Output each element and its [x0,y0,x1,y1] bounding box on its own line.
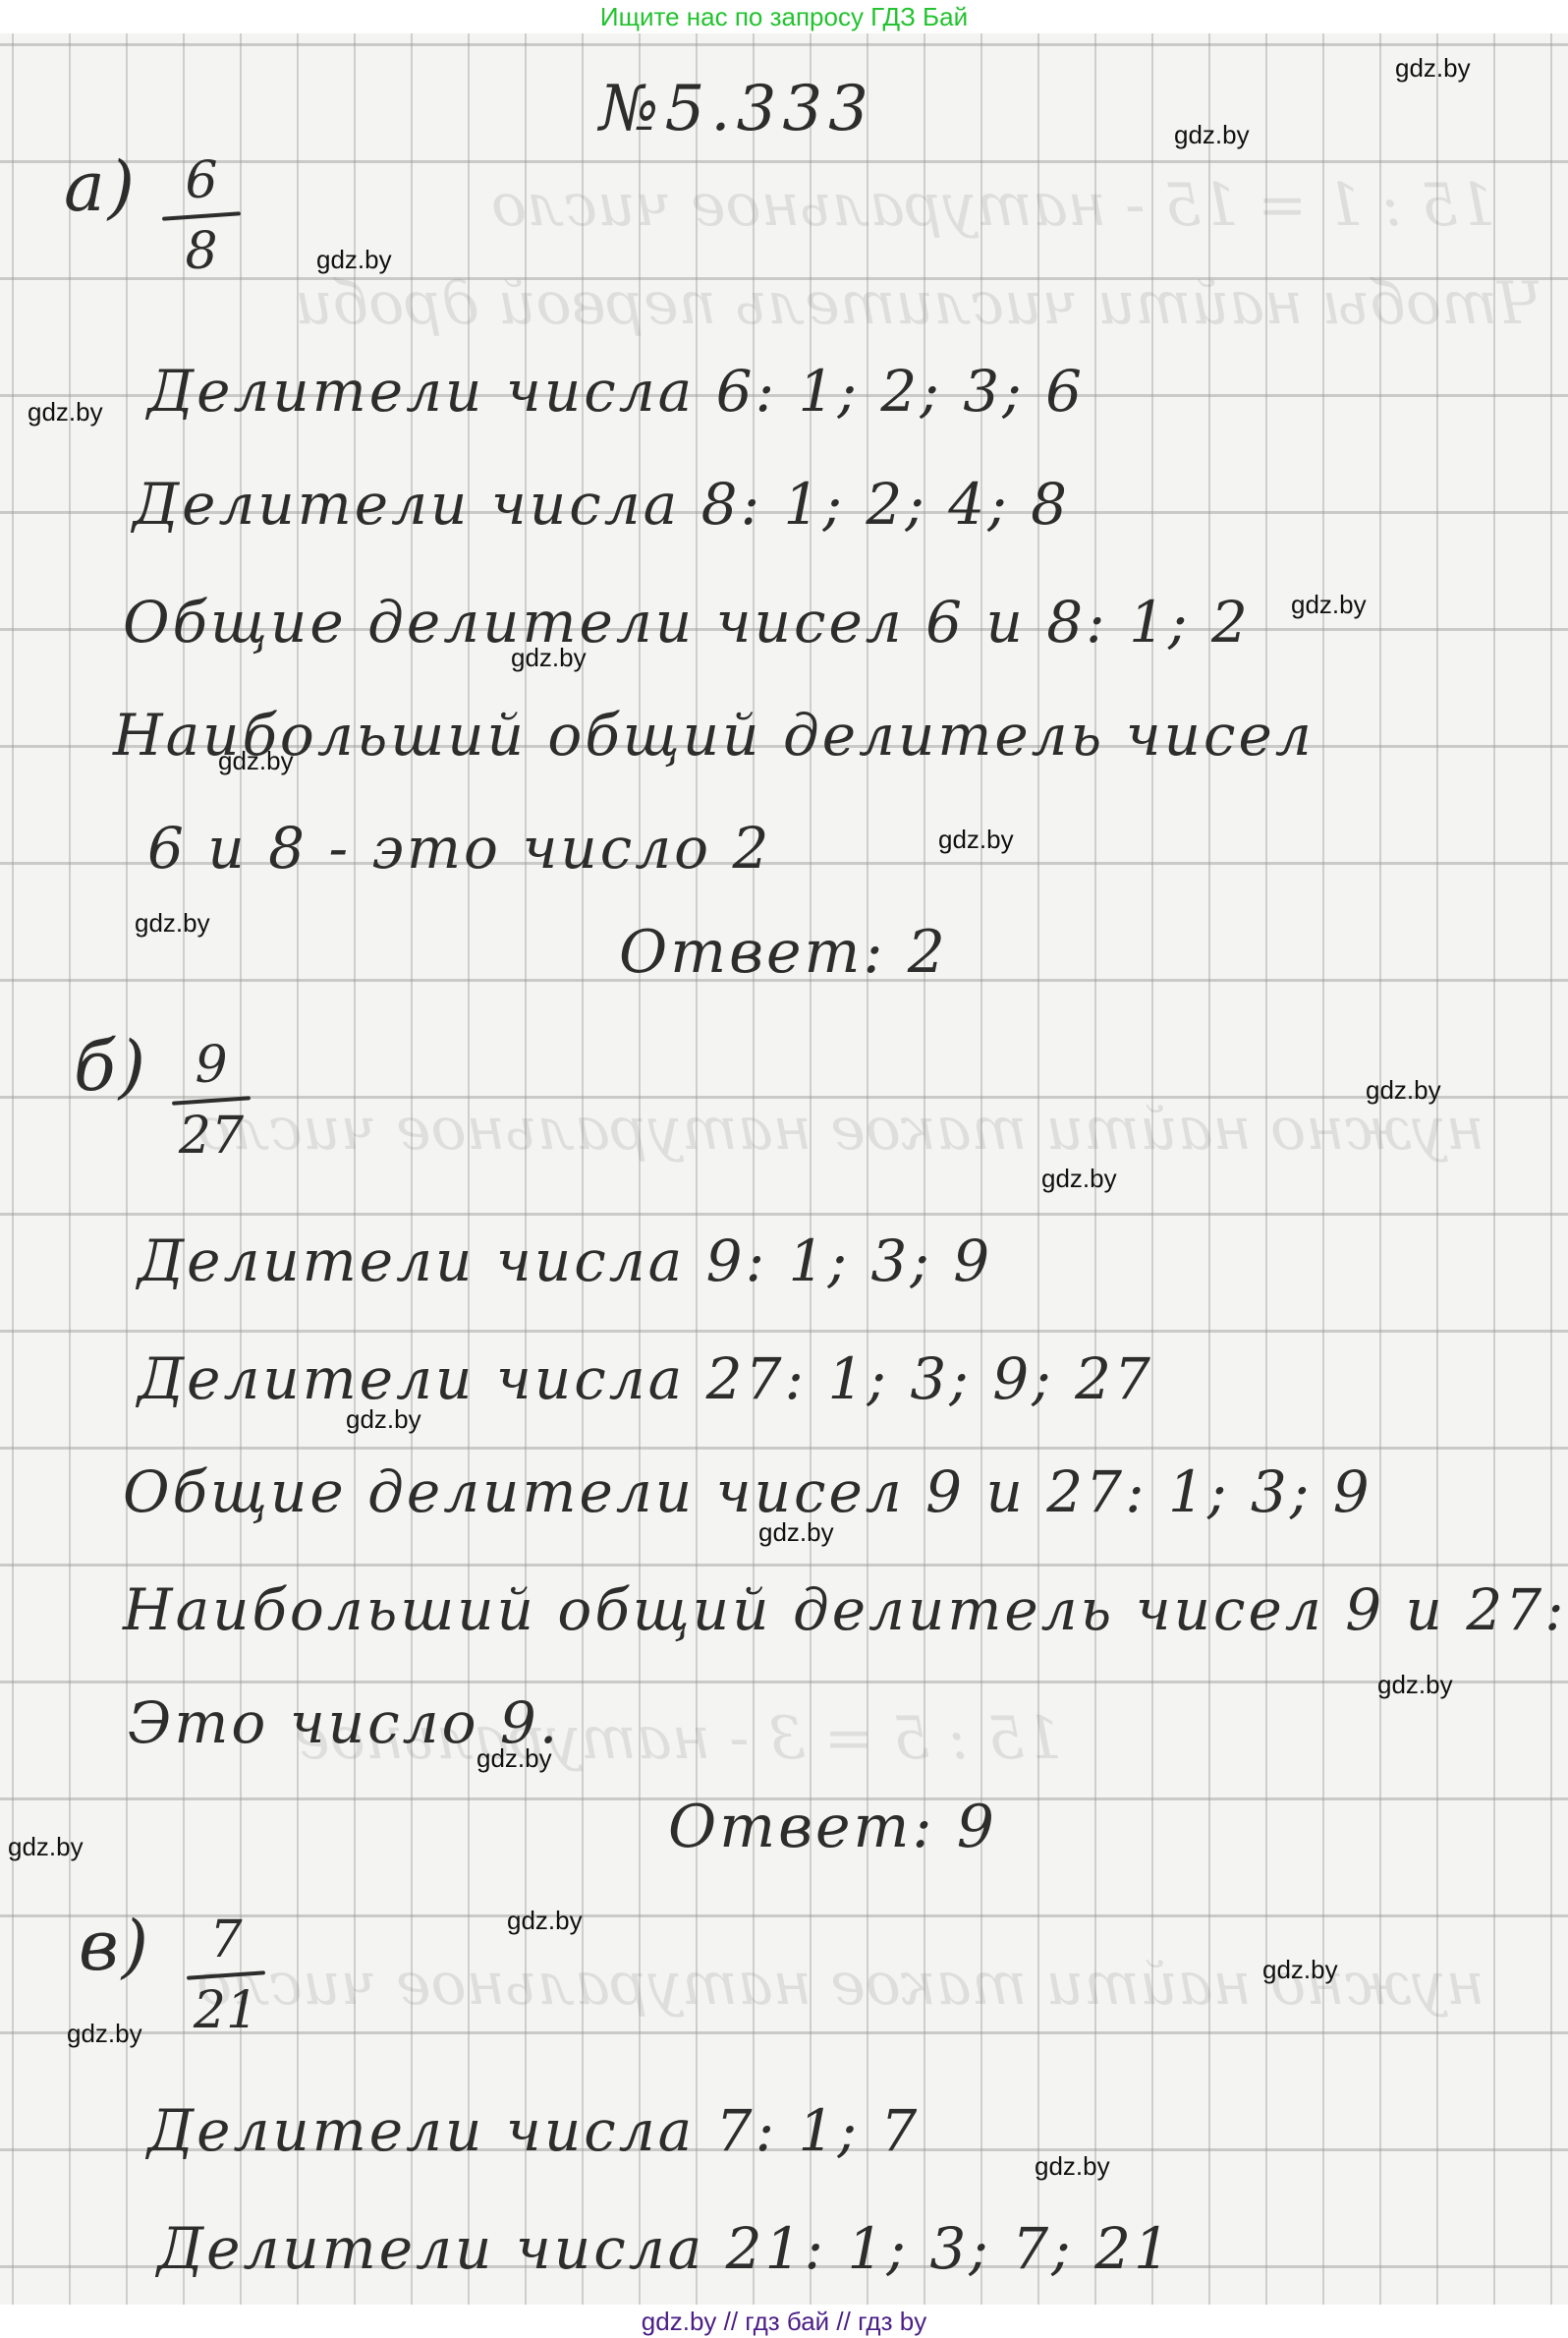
watermark: gdz.by [1395,53,1471,84]
solution-line: Делители числа 27: 1; 3; 9; 27 [138,1345,1153,1412]
numerator: 6 [185,151,217,210]
watermark: gdz.by [67,2019,142,2049]
denominator: 21 [194,1981,258,2040]
numerator: 7 [209,1910,242,1969]
watermark: gdz.by [218,746,294,776]
watermark: gdz.by [1262,1955,1338,1985]
part-label-c: в) [79,1906,151,1986]
show-through-text: нужно найти такое натуральное число [196,1095,1484,1164]
solution-line: 6 и 8 - это число 2 [147,815,771,882]
watermark: gdz.by [476,1743,552,1774]
watermark: gdz.by [1366,1075,1441,1106]
answer-b: Ответ: 9 [668,1793,997,1861]
watermark: gdz.by [1377,1670,1453,1700]
solution-line: Делители числа 21: 1; 3; 7; 21 [157,2215,1173,2282]
notebook-page: 15 : 1 = 15 - натуральное число Чтобы на… [0,33,1568,2305]
fraction-a: 6 8 [162,151,241,281]
fraction-bar [162,211,241,221]
solution-line: Делители числа 8: 1; 2; 4; 8 [133,471,1070,538]
fraction-bar [172,1096,251,1106]
top-banner: Ищите нас по запросу ГДЗ Бай [0,0,1568,33]
solution-line: Наибольший общий делитель чисел 9 и 27: [123,1576,1567,1643]
watermark: gdz.by [507,1906,583,1936]
answer-a: Ответ: 2 [619,918,948,987]
denominator: 8 [185,222,217,281]
watermark: gdz.by [1291,590,1367,620]
solution-line: Общие делители чисел 9 и 27: 1; 3; 9 [123,1458,1372,1525]
watermark: gdz.by [938,825,1014,855]
fraction-b: 9 27 [172,1036,251,1166]
watermark: gdz.by [1041,1164,1117,1194]
watermark: gdz.by [511,643,587,673]
solution-line: Общие делители чисел 6 и 8: 1; 2 [123,589,1251,656]
watermark: gdz.by [135,908,210,939]
show-through-text: 15 : 1 = 15 - натуральное число [491,171,1495,240]
watermark: gdz.by [1174,120,1250,150]
show-through-text: Чтобы найти числитель первой дроби [295,269,1542,338]
part-label-a: а) [64,146,138,227]
solution-line: Делители числа 6: 1; 2; 3; 6 [147,358,1085,425]
watermark: gdz.by [346,1404,421,1435]
denominator: 27 [179,1107,244,1166]
part-label-b: б) [74,1026,148,1107]
bottom-banner: gdz.by // гдз бай // гдз by [0,2305,1568,2338]
solution-line: Делители числа 7: 1; 7 [147,2097,920,2164]
fraction-bar [187,1970,265,1980]
problem-title: №5.333 [599,73,874,145]
watermark: gdz.by [316,245,392,275]
watermark: gdz.by [1035,2151,1110,2182]
watermark: gdz.by [758,1517,834,1548]
watermark: gdz.by [8,1832,84,1862]
solution-line: Делители числа 9: 1; 3; 9 [138,1227,992,1294]
fraction-c: 7 21 [187,1910,265,2040]
watermark: gdz.by [28,397,103,428]
numerator: 9 [195,1036,227,1095]
